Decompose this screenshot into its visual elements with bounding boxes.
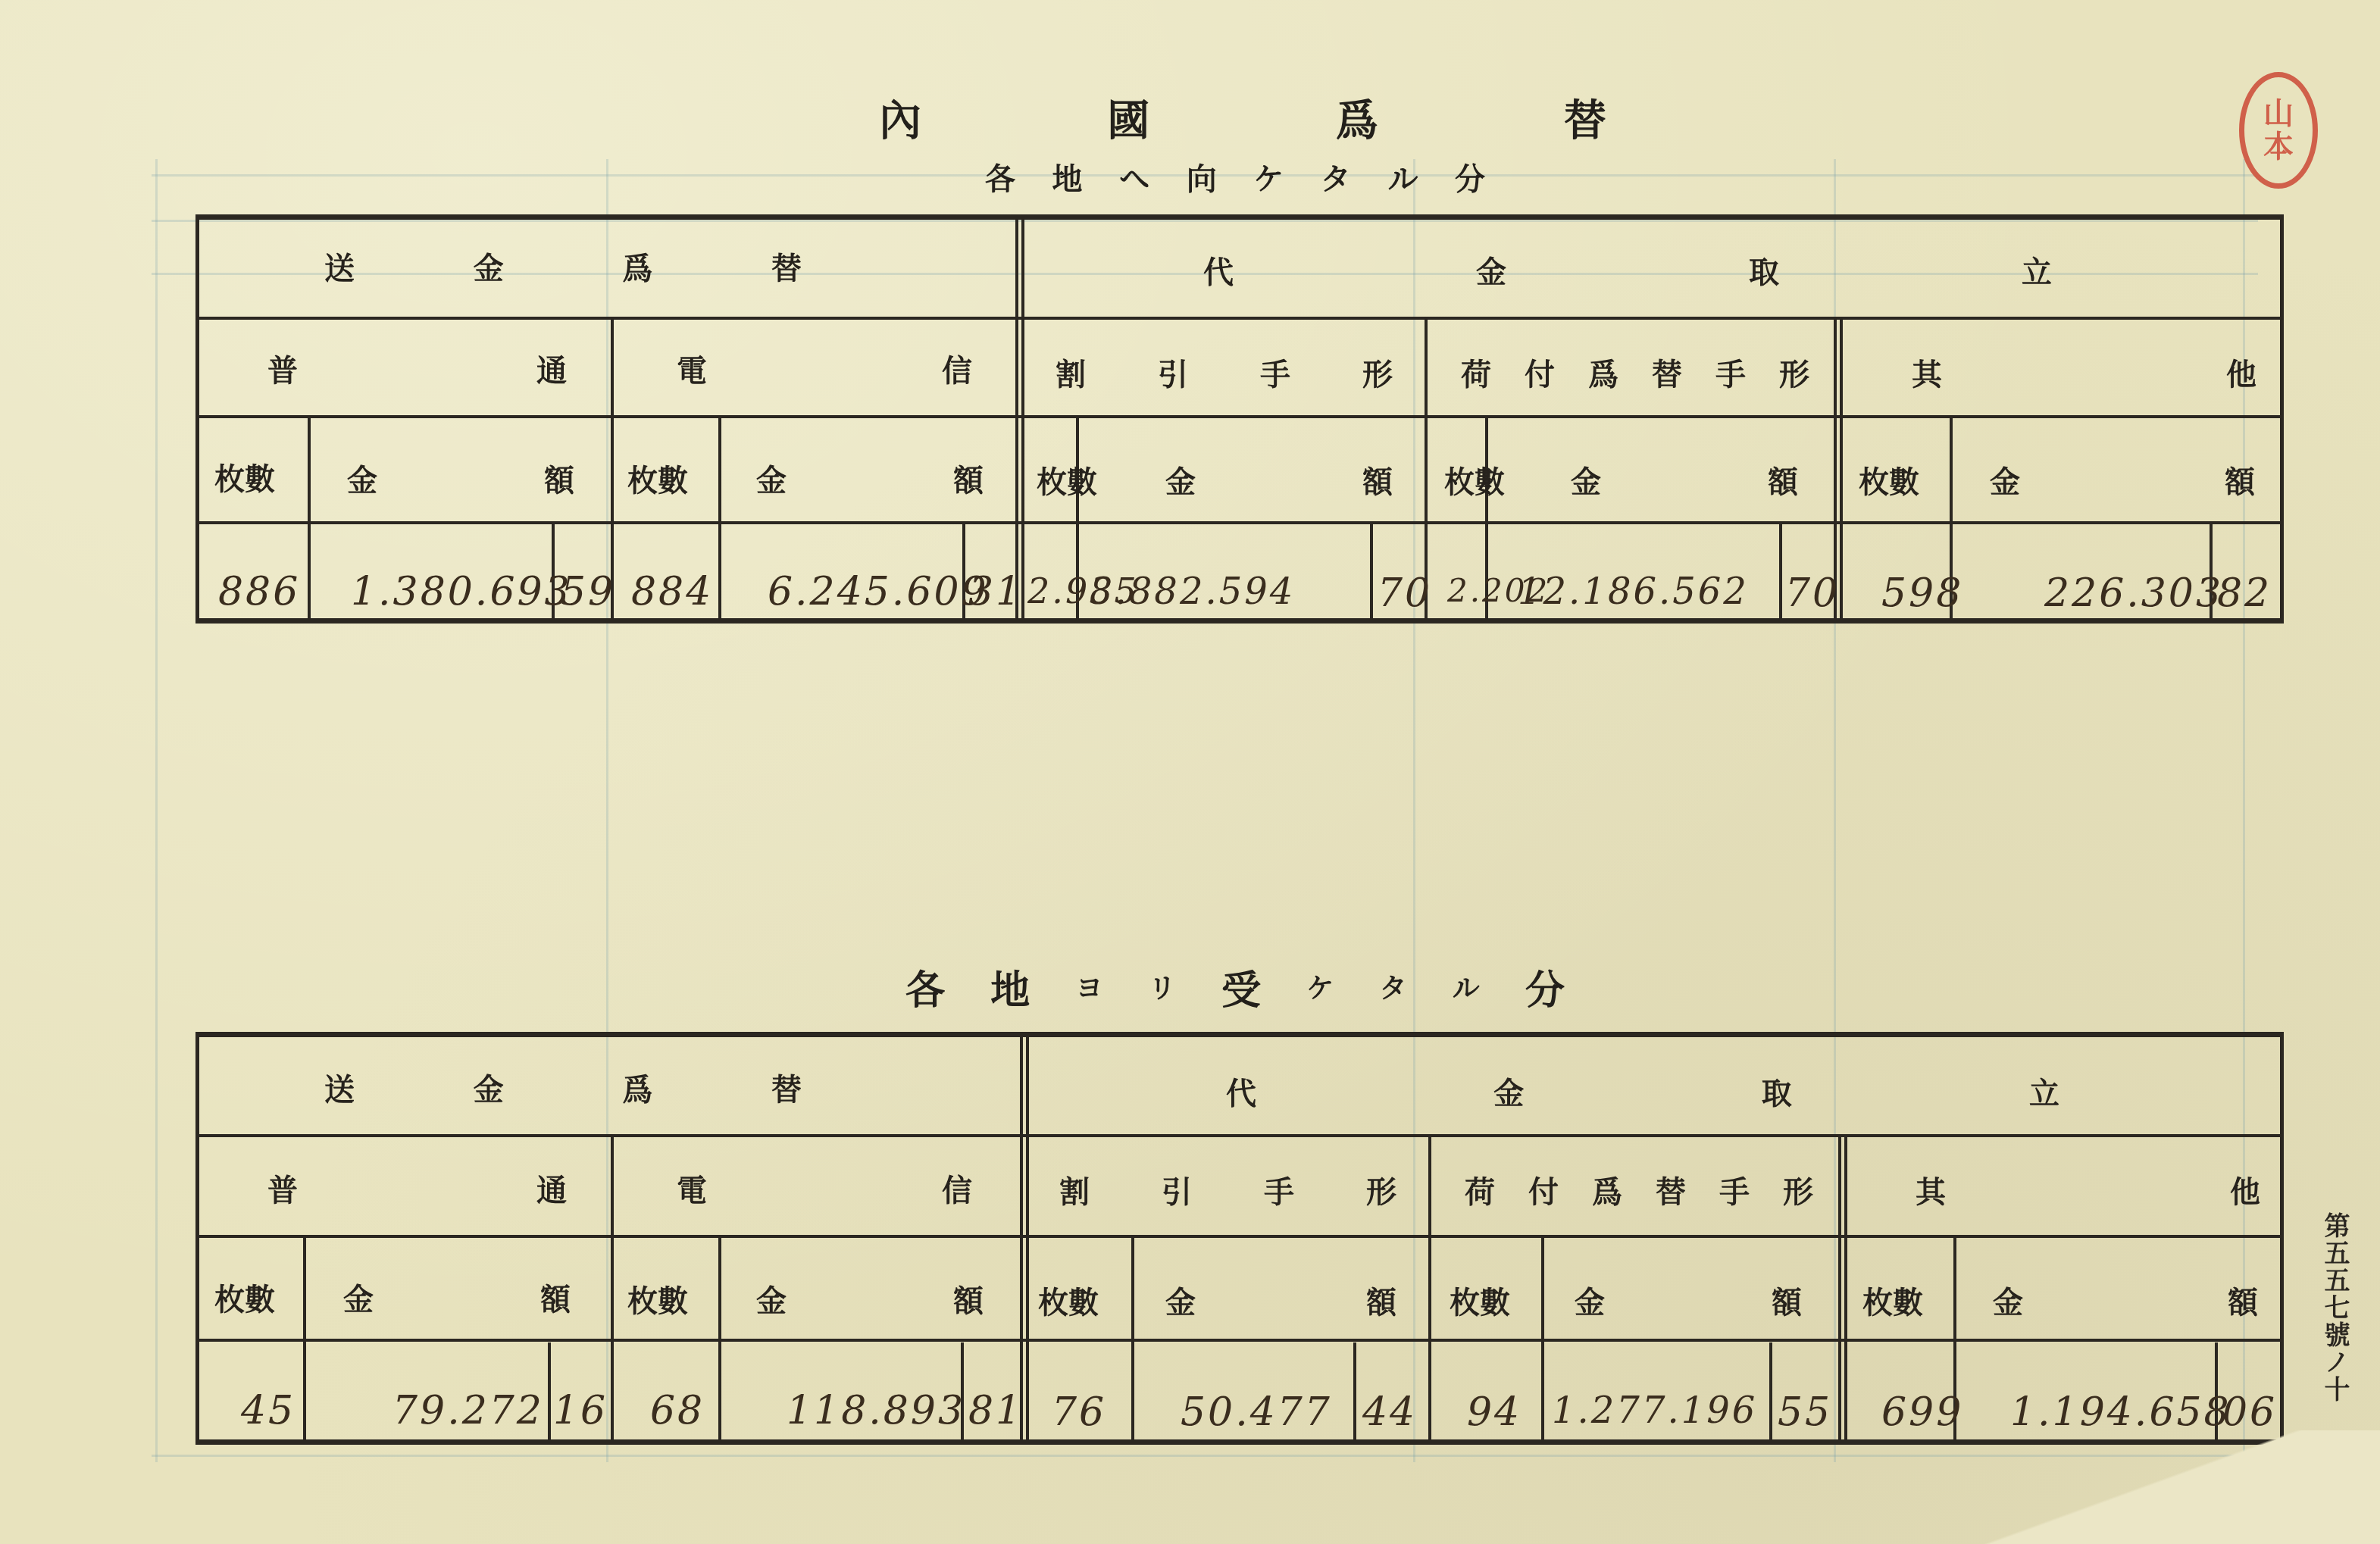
telegraphic-amount-yen: 6.245.609	[768, 569, 989, 614]
title-char: 國	[1107, 87, 1149, 148]
documentary-amount-sen: 55	[1778, 1389, 1832, 1435]
header-amount: 金額	[1993, 1279, 2258, 1322]
header-char: 取	[1762, 1070, 1792, 1113]
header-count: 枚數	[627, 457, 688, 500]
rule	[1769, 1342, 1772, 1445]
regular-count: 45	[241, 1388, 296, 1433]
title-char: ヨ	[1075, 967, 1102, 1006]
rule	[308, 415, 311, 624]
header-char: 替	[771, 245, 802, 288]
header-char: 金	[1476, 248, 1506, 292]
title-char: タ	[1379, 967, 1406, 1006]
header-char: 手	[1719, 1168, 1750, 1211]
other-amount-yen: 226.303	[2044, 570, 2223, 616]
header-count: 枚數	[1037, 458, 1097, 502]
header-char: 引	[1158, 351, 1188, 394]
header-char: 額	[1362, 458, 1393, 502]
header-count: 枚數	[214, 455, 275, 499]
header-amount: 金額	[1571, 458, 1798, 502]
header-amount: 金額	[347, 457, 574, 500]
header-char: 額	[544, 457, 574, 500]
header-char: 爲	[1592, 1168, 1622, 1211]
other-amount-sen: 06	[2222, 1389, 2277, 1435]
header-amount: 金額	[1990, 458, 2255, 502]
page-number-label: 第五五七號ノ十	[2320, 1212, 2353, 1403]
show-through-line	[152, 1455, 2258, 1457]
discount-amount-yen: 50.477	[1181, 1389, 1332, 1435]
header-char: 付	[1528, 1168, 1559, 1211]
header-char: 取	[1749, 248, 1779, 292]
header-amount: 金額	[756, 1277, 984, 1321]
discount-amount-sen: 70	[1378, 570, 1432, 616]
header-char: 信	[942, 347, 972, 390]
rule	[611, 1134, 614, 1445]
header-count: 枚數	[1450, 1279, 1510, 1322]
rule	[1844, 1134, 1847, 1445]
header-char: 爲	[1588, 351, 1618, 394]
rule	[1428, 1134, 1431, 1445]
header-char: 金	[1493, 1070, 1524, 1113]
header-char: 爲	[622, 245, 652, 288]
header-other: 其 他	[1916, 1168, 2260, 1211]
rule	[1026, 1032, 1029, 1445]
header-char: 金	[1571, 458, 1601, 502]
header-collection: 代 金 取 立	[1226, 1070, 2310, 1113]
rule	[1779, 521, 1782, 624]
header-char: 額	[1772, 1279, 1802, 1322]
header-char: 立	[2029, 1070, 2059, 1113]
title-char: 地	[990, 958, 1030, 1015]
rule	[1370, 521, 1373, 624]
title-char: 替	[1564, 87, 1606, 148]
header-char: 通	[536, 347, 567, 390]
rule	[199, 317, 2280, 320]
header-discount-bill: 割 引 手 形	[1056, 351, 1393, 394]
header-char: 他	[2226, 351, 2256, 394]
title-char: ル	[1387, 155, 1418, 198]
rule	[1015, 214, 1018, 624]
title-char: リ	[1149, 967, 1176, 1006]
seal-stamp: 山 本	[2239, 72, 2318, 189]
header-amount: 金額	[1165, 1279, 1396, 1322]
header-char: 付	[1525, 351, 1555, 394]
header-discount-bill: 割 引 手 形	[1059, 1168, 1396, 1211]
documentary-amount-sen: 70	[1785, 570, 1840, 616]
table-incoming: 送 金 爲 替 代 金 取 立 普 通 電 信 割 引 手 形 荷 付 爲 替 …	[195, 1032, 2284, 1445]
header-count: 枚數	[627, 1277, 688, 1321]
header-char: 普	[267, 347, 298, 390]
header-other: 其 他	[1912, 351, 2256, 394]
header-char: 手	[1260, 351, 1290, 394]
rule	[1838, 1134, 1841, 1445]
regular-count: 886	[218, 569, 300, 614]
header-char: 金	[1993, 1279, 2023, 1322]
header-regular: 普 通	[267, 347, 567, 390]
header-char: 割	[1059, 1168, 1090, 1211]
header-char: 電	[677, 347, 707, 390]
title-char: タ	[1321, 155, 1351, 198]
section1-title: 各 地 へ 向 ケ タ ル 分	[985, 155, 1485, 198]
telegraphic-count: 68	[650, 1388, 705, 1433]
header-char: 電	[677, 1167, 707, 1210]
rule	[718, 415, 721, 624]
stamp-char: 山	[2263, 97, 2294, 130]
title-char: ル	[1453, 967, 1480, 1006]
header-char: 手	[1264, 1168, 1294, 1211]
title-char: へ	[1119, 155, 1149, 198]
telegraphic-amount-sen: 81	[968, 1388, 1023, 1433]
header-char: 金	[343, 1276, 374, 1319]
title-char: ケ	[1306, 967, 1334, 1006]
documentary-amount-yen: 12.186.562	[1518, 570, 1749, 613]
header-char: 爲	[622, 1066, 652, 1109]
title-char: 內	[879, 87, 921, 148]
rule	[199, 1134, 2280, 1137]
header-char: 額	[2225, 458, 2255, 502]
header-char: 額	[953, 1277, 984, 1321]
header-char: 金	[1575, 1279, 1605, 1322]
rule	[1840, 317, 1843, 624]
regular-amount-yen: 1.380.693	[351, 569, 572, 614]
header-char: 形	[1366, 1168, 1396, 1211]
header-amount: 金額	[756, 457, 984, 500]
regular-amount-sen: 16	[553, 1388, 608, 1433]
rule	[548, 1342, 551, 1445]
header-char: 替	[1652, 351, 1682, 394]
header-char: 普	[267, 1167, 298, 1210]
header-char: 荷	[1461, 351, 1491, 394]
show-through-line	[155, 159, 158, 1462]
rule	[1131, 1235, 1134, 1445]
header-regular: 普 通	[267, 1167, 567, 1210]
documentary-count: 94	[1467, 1389, 1522, 1435]
header-char: 形	[1779, 351, 1809, 394]
header-char: 送	[324, 1066, 355, 1109]
header-documentary-bill: 荷 付 爲 替 手 形	[1465, 1168, 1813, 1211]
discount-amount-sen: 44	[1362, 1389, 1417, 1435]
regular-amount-yen: 79.272	[392, 1388, 544, 1433]
header-char: 代	[1226, 1070, 1256, 1113]
header-char: 額	[540, 1276, 571, 1319]
header-amount: 金額	[1575, 1279, 1802, 1322]
header-count: 枚數	[1859, 458, 1919, 502]
header-char: 金	[474, 245, 504, 288]
title-char: 分	[1455, 155, 1485, 198]
header-char: 金	[1165, 1279, 1196, 1322]
title-char: 爲	[1336, 87, 1378, 148]
header-char: 形	[1362, 351, 1393, 394]
header-char: 立	[2022, 248, 2052, 292]
rule	[199, 1339, 2280, 1342]
header-char: 金	[1990, 458, 2020, 502]
header-char: 形	[1783, 1168, 1813, 1211]
header-remittance: 送 金 爲 替	[324, 245, 991, 288]
rule	[199, 521, 2280, 524]
other-count: 699	[1881, 1389, 1963, 1435]
header-char: 替	[1656, 1168, 1686, 1211]
header-char: 荷	[1465, 1168, 1495, 1211]
header-char: 額	[1768, 458, 1798, 502]
rule	[199, 415, 2280, 418]
header-char: 信	[942, 1167, 972, 1210]
header-telegraphic: 電 信	[677, 347, 972, 390]
regular-amount-sen: 59	[561, 569, 615, 614]
header-count: 枚數	[1038, 1279, 1099, 1322]
header-char: 其	[1916, 1168, 1946, 1211]
telegraphic-amount-sen: 31	[968, 569, 1023, 614]
section2-title: 各 地 ヨ リ 受 ケ タ ル 分	[905, 958, 1565, 1015]
other-count: 598	[1881, 570, 1963, 616]
page-title: 內 國 爲 替	[879, 87, 1606, 148]
title-char: 地	[1052, 155, 1083, 198]
other-amount-yen: 1.194.658	[2010, 1389, 2231, 1435]
discount-amount-yen: 3.882.594	[1090, 570, 1295, 613]
telegraphic-count: 884	[631, 569, 713, 614]
header-char: 替	[771, 1066, 802, 1109]
title-char: 向	[1187, 155, 1217, 198]
title-char: ケ	[1253, 155, 1284, 198]
stamp-char: 本	[2263, 130, 2294, 164]
header-char: 代	[1203, 248, 1234, 292]
header-amount: 金額	[343, 1276, 571, 1319]
header-char: 金	[347, 457, 377, 500]
header-char: 金	[1165, 458, 1196, 502]
header-char: 額	[1366, 1279, 1396, 1322]
header-count: 枚數	[1862, 1279, 1923, 1322]
header-char: 手	[1715, 351, 1746, 394]
header-telegraphic: 電 信	[677, 1167, 972, 1210]
header-char: 其	[1912, 351, 1942, 394]
header-char: 他	[2230, 1168, 2260, 1211]
table-outgoing: 送 金 爲 替 代 金 取 立 普 通 電 信 割 引 手 形 荷 付 爲 替 …	[195, 214, 2284, 624]
header-char: 割	[1056, 351, 1086, 394]
documentary-amount-yen: 1.277.196	[1552, 1389, 1757, 1432]
header-amount: 金額	[1165, 458, 1393, 502]
rule	[718, 1235, 721, 1445]
rule	[1021, 214, 1024, 624]
header-char: 金	[474, 1066, 504, 1109]
rule	[1020, 1032, 1023, 1445]
header-char: 引	[1162, 1168, 1192, 1211]
title-char: 受	[1221, 958, 1261, 1015]
header-char: 送	[324, 245, 355, 288]
header-char: 額	[2228, 1279, 2258, 1322]
telegraphic-amount-yen: 118.893	[787, 1388, 965, 1433]
rule	[303, 1235, 306, 1445]
rule	[199, 1235, 2280, 1238]
title-char: 各	[905, 958, 945, 1015]
paper-fold	[1971, 1430, 2380, 1544]
title-char: 各	[985, 155, 1015, 198]
header-remittance: 送 金 爲 替	[324, 1066, 991, 1109]
other-amount-sen: 82	[2217, 570, 2272, 616]
header-count: 枚數	[214, 1276, 275, 1319]
title-char: 分	[1525, 958, 1565, 1015]
header-collection: 代 金 取 立	[1203, 248, 2302, 292]
header-char: 金	[756, 457, 787, 500]
header-char: 金	[756, 1277, 787, 1321]
discount-count: 76	[1052, 1389, 1106, 1435]
header-documentary-bill: 荷 付 爲 替 手 形	[1461, 351, 1809, 394]
rule	[1353, 1342, 1356, 1445]
header-char: 額	[953, 457, 984, 500]
header-char: 通	[536, 1167, 567, 1210]
rule	[1541, 1235, 1544, 1445]
header-count: 枚數	[1444, 458, 1505, 502]
